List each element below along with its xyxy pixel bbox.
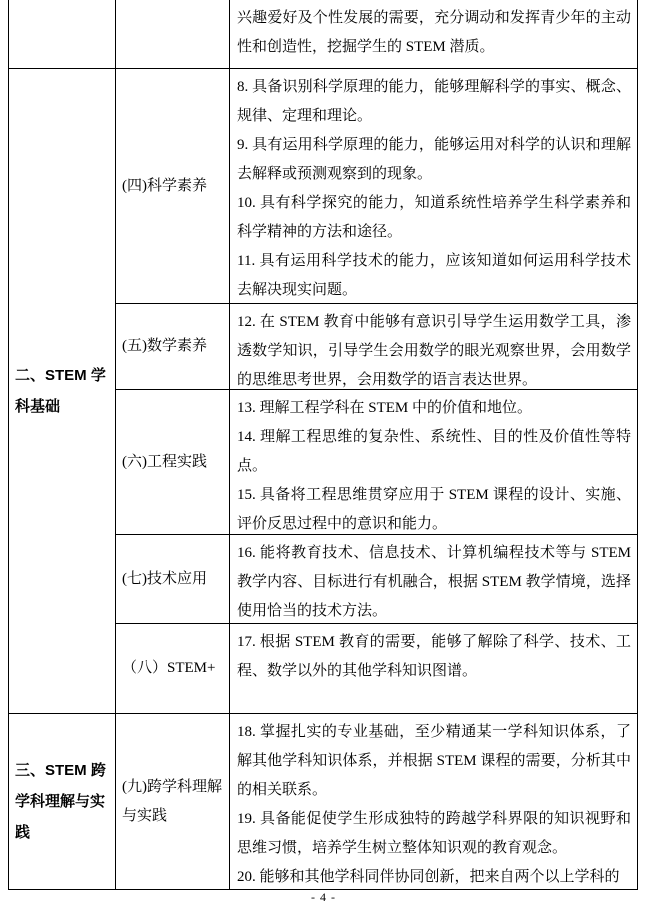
table-row: （八）STEM+ 17. 根据 STEM 教育的需要，能够了解除了科学、技术、工… [116,623,637,713]
content-item: 兴趣爱好及个性发展的需要，充分调动和发挥青少年的主动性和创造性，挖掘学生的 ST… [237,4,631,62]
subcategory-cell-interdisciplinary-understanding: (九)跨学科理解与实践 [116,714,230,889]
category-cell-empty [9,0,116,68]
subcategory-cell-stem-plus: （八）STEM+ [116,624,230,713]
content-cell: 18. 掌握扎实的专业基础，至少精通某一学科知识体系，了解其他学科知识体系，并根… [230,714,637,889]
content-item: 9. 具有运用科学原理的能力，能够运用对科学的认识和理解去解释或预测观察到的现象… [237,131,631,189]
content-cell: 兴趣爱好及个性发展的需要，充分调动和发挥青少年的主动性和创造性，挖掘学生的 ST… [230,0,637,68]
category-cell: 三、STEM 跨学科理解与实践 [9,714,116,889]
table-row: (六)工程实践 13. 理解工程学科在 STEM 中的价值和地位。 14. 理解… [116,389,637,534]
subcategory-cell-math-literacy: (五)数学素养 [116,304,230,389]
table-section-stem-subject-foundation: 二、STEM 学科基础 (四)科学素养 8. 具备识别科学原理的能力，能够理解科… [9,68,637,713]
content-item: 11. 具有运用科学技术的能力，应该知道如何运用科学技术去解决现实问题。 [237,247,631,305]
table-row: (四)科学素养 8. 具备识别科学原理的能力，能够理解科学的事实、概念、规律、定… [116,69,637,303]
subcategory-cell-engineering-practice: (六)工程实践 [116,390,230,534]
table-row: (五)数学素养 12. 在 STEM 教育中能够有意识引导学生运用数学工具，渗透… [116,303,637,389]
subcategory-cell-technology-application: (七)技术应用 [116,535,230,623]
content-item: 8. 具备识别科学原理的能力，能够理解科学的事实、概念、规律、定理和理论。 [237,73,631,131]
table-section-interdisciplinary: 三、STEM 跨学科理解与实践 (九)跨学科理解与实践 18. 掌握扎实的专业基… [9,713,637,889]
subcategory-cell-empty [116,0,230,68]
category-cell: 二、STEM 学科基础 [9,69,116,713]
content-item: 14. 理解工程思维的复杂性、系统性、目的性及价值性等特点。 [237,423,631,481]
content-item: 10. 具有科学探究的能力，知道系统性培养学生科学素养和科学精神的方法和途径。 [237,189,631,247]
table-row: (九)跨学科理解与实践 18. 掌握扎实的专业基础，至少精通某一学科知识体系，了… [116,714,637,889]
content-item: 19. 具备能促使学生形成独特的跨越学科界限的知识视野和思维习惯，培养学生树立整… [237,805,631,863]
table-row: (七)技术应用 16. 能将教育技术、信息技术、计算机编程技术等与 STEM 教… [116,534,637,623]
content-cell: 8. 具备识别科学原理的能力，能够理解科学的事实、概念、规律、定理和理论。 9.… [230,69,637,303]
content-item: 17. 根据 STEM 教育的需要，能够了解除了科学、技术、工程、数学以外的其他… [237,628,631,686]
content-cell: 12. 在 STEM 教育中能够有意识引导学生运用数学工具，渗透数学知识，引导学… [230,304,637,389]
subcategory-cell-science-literacy: (四)科学素养 [116,69,230,303]
page-number: - 4 - [0,890,647,905]
table-row: 兴趣爱好及个性发展的需要，充分调动和发挥青少年的主动性和创造性，挖掘学生的 ST… [116,0,637,68]
table-section-continuation: 兴趣爱好及个性发展的需要，充分调动和发挥青少年的主动性和创造性，挖掘学生的 ST… [9,0,637,68]
content-cell: 16. 能将教育技术、信息技术、计算机编程技术等与 STEM 教学内容、目标进行… [230,535,637,623]
competency-table: 兴趣爱好及个性发展的需要，充分调动和发挥青少年的主动性和创造性，挖掘学生的 ST… [8,0,638,890]
content-item: 15. 具备将工程思维贯穿应用于 STEM 课程的设计、实施、评价反思过程中的意… [237,481,631,539]
content-item: 20. 能够和其他学科同伴协同创新，把来自两个以上学科的 [237,863,631,892]
content-item: 16. 能将教育技术、信息技术、计算机编程技术等与 STEM 教学内容、目标进行… [237,539,631,626]
content-item: 18. 掌握扎实的专业基础，至少精通某一学科知识体系，了解其他学科知识体系，并根… [237,718,631,805]
content-item: 12. 在 STEM 教育中能够有意识引导学生运用数学工具，渗透数学知识，引导学… [237,308,631,395]
content-item: 13. 理解工程学科在 STEM 中的价值和地位。 [237,394,631,423]
content-cell: 13. 理解工程学科在 STEM 中的价值和地位。 14. 理解工程思维的复杂性… [230,390,637,534]
content-cell: 17. 根据 STEM 教育的需要，能够了解除了科学、技术、工程、数学以外的其他… [230,624,637,713]
